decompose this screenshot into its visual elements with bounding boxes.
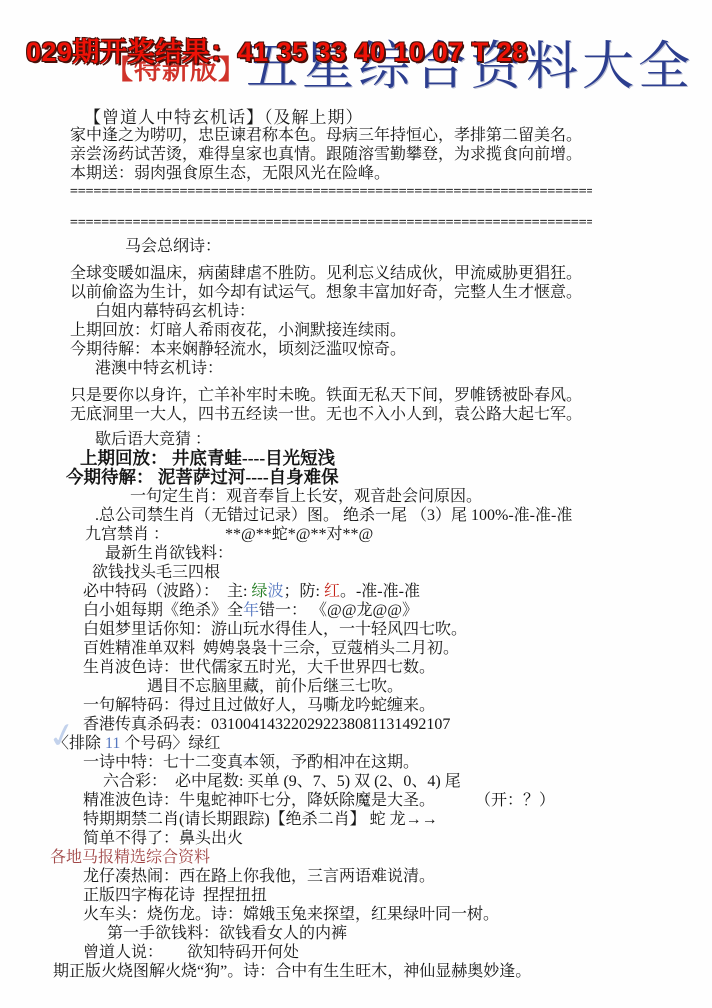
text-segment: 遇目不忘脑里藏，前仆后继三七吹。 <box>147 678 403 695</box>
text-line: 港澳中特玄机诗： <box>0 359 712 378</box>
text-line: 必中特码（波路）： 主: 绿波；防: 红。-准-准-准 <box>0 582 712 601</box>
text-segment: 亲尝汤药试苦烫，难得皇家也真情。跟随溶雪勤攀登，为求揽食向前增。 <box>70 146 582 163</box>
text-line: 无底洞里一大人，四书五经读一世。无也不入小人到，袁公路大起七军。 <box>0 405 712 424</box>
text-segment: 个号码〉绿红 <box>120 735 220 752</box>
text-segment: 龙仔凑热闹：西在路上你我他，三言两语难说清。 <box>83 868 435 885</box>
text-segment: 马会总纲诗： <box>125 238 221 255</box>
text-segment: 九宫禁肖 ： **@**蛇*@**对**@ <box>85 526 373 543</box>
text-segment: 最新生肖欲钱料： <box>105 545 233 562</box>
text-segment: 必中特码（波路）： 主: <box>83 583 251 600</box>
text-segment: 上期回放： 井底青蛙----目光短浅 <box>80 448 335 468</box>
text-line: 一诗中特：七十二变真本领，予酌相冲在这期。 <box>0 753 712 772</box>
text-line: 龙仔凑热闹：西在路上你我他，三言两语难说清。 <box>0 867 712 886</box>
text-segment: 一句定生肖：观音奉旨上长安，观音赴会问原因。 <box>130 488 482 505</box>
text-segment: 百姓精准单双料 娉娉袅袅十三佘，豆蔻梢头二月初。 <box>83 640 459 657</box>
text-line: 上期回放：灯暗人希雨夜花，小涧默接连续雨。 <box>0 321 712 340</box>
body-lines: 家中逢之为唠叨，忠臣谏君称本色。母病三年持恒心，孝排第二留美名。亲尝汤药试苦烫，… <box>0 126 712 981</box>
text-segment: 生肖波色诗：世代儒家五时光，大千世界四七数。 <box>83 659 435 676</box>
subtitle: 【曾道人中特玄机话】（及解上期） <box>84 103 364 128</box>
text-segment: 上期回放：灯暗人希雨夜花，小涧默接连续雨。 <box>70 322 406 339</box>
text-line: 歇后语大竞猜 ： <box>0 430 712 449</box>
text-segment: 无底洞里一大人，四书五经读一世。无也不入小人到，袁公路大起七军。 <box>70 406 582 423</box>
text-line: 欲钱找头毛三四根 <box>0 563 712 582</box>
text-segment: 白姐梦里话你知：游山玩水得佳人，一十轻风四七吹。 <box>83 621 467 638</box>
lottery-info-sheet: 029期开奖结果：41 35 33 40 10 07 T 28 【特新版】 五星… <box>0 0 712 1008</box>
text-segment: 白小姐每期《绝杀》全 <box>83 602 243 619</box>
separator-line: ========================================… <box>0 214 592 231</box>
text-segment: 全球变暖如温床，病菌肆虐不胜防。见利忘义结成伙，甲流威胁更猖狂。 <box>70 265 582 282</box>
text-line: 期正版火烧图解火烧“狗”。诗：合中有生生旺木，神仙显赫奥妙逢。 <box>0 962 712 981</box>
text-segment: 今期待解：本来娴静轻流水，顷刻泛滥叹惊奇。 <box>70 341 406 358</box>
text-segment: 歇后语大竞猜 ： <box>95 431 211 448</box>
text-line: 上期回放： 井底青蛙----目光短浅 <box>0 449 712 468</box>
text-segment: 期正版火烧图解火烧“狗”。诗：合中有生生旺木，神仙显赫奥妙逢。 <box>53 963 531 980</box>
text-segment: 红 <box>324 583 340 600</box>
text-line: 〈排除 11 个号码〉绿红 <box>0 734 712 753</box>
spacer <box>0 200 712 214</box>
text-segment: 各地马报精选综合资料 <box>50 849 210 866</box>
text-segment: 今期待解： 泥菩萨过河----自身难保 <box>66 467 339 487</box>
text-segment: .总公司禁生肖（无错过记录）图。 绝杀一尾 （3）尾 100%-准-准-准 <box>95 507 572 524</box>
text-line: 本期送：弱肉强食原生态，无限风光在险峰。 <box>0 164 712 183</box>
text-segment: 以前偷盗为生计，如今却有试运气。想象丰富加好奇，完整人生才惬意。 <box>70 284 582 301</box>
spacer <box>0 256 712 264</box>
text-segment: 特期期禁二肖(请长期跟踪)【绝杀二肖】 蛇 龙→→ <box>83 811 438 828</box>
text-segment: 简单不得了：鼻头出火 <box>83 830 243 847</box>
text-line: 简单不得了：鼻头出火 <box>0 829 712 848</box>
text-segment: 香港传真杀码表：031004143220292238081131492107 <box>83 716 450 733</box>
text-segment: 错一： 《@@龙@@》 <box>259 602 418 619</box>
text-line: 白姐内幕特码玄机诗： <box>0 302 712 321</box>
text-line: 曾道人说： 欲知特码开何处 <box>0 943 712 962</box>
text-line: 全球变暖如温床，病菌肆虐不胜防。见利忘义结成伙，甲流威胁更猖狂。 <box>0 264 712 283</box>
text-segment: 本期送：弱肉强食原生态，无限风光在险峰。 <box>70 165 390 182</box>
text-segment: 欲钱找头毛三四根 <box>92 564 220 581</box>
text-segment: 年 <box>243 602 259 619</box>
text-segment: 一句解特码：得过且过做好人，马嘶龙吟蛇缠来。 <box>83 697 435 714</box>
text-segment: 精准波色诗：牛鬼蛇神吓七分，降妖除魔是大圣。 （开：？） <box>83 792 555 809</box>
text-line: 火车头：烧伤龙。诗：嫦娥玉兔来探望，红果绿叶同一树。 <box>0 905 712 924</box>
spacer <box>0 378 712 386</box>
text-line: 一句定生肖：观音奉旨上长安，观音赴会问原因。 <box>0 487 712 506</box>
draw-result-line: 029期开奖结果：41 35 33 40 10 07 T 28 <box>26 30 528 69</box>
text-line: 最新生肖欲钱料： <box>0 544 712 563</box>
text-segment: 家中逢之为唠叨，忠臣谏君称本色。母病三年持恒心，孝排第二留美名。 <box>70 127 582 144</box>
text-segment: 第一手欲钱料：欲钱看女人的内裤 <box>107 925 347 942</box>
text-segment: 六合彩： 必中尾数: 买单 (9、7、5) 双 (2、0、4) 尾 <box>103 773 461 790</box>
text-line: 精准波色诗：牛鬼蛇神吓七分，降妖除魔是大圣。 （开：？） <box>0 791 712 810</box>
text-line: 一句解特码：得过且过做好人，马嘶龙吟蛇缠来。 <box>0 696 712 715</box>
text-line: 香港传真杀码表：031004143220292238081131492107 <box>0 715 712 734</box>
text-segment: 波 <box>267 583 283 600</box>
text-line: 第一手欲钱料：欲钱看女人的内裤 <box>0 924 712 943</box>
text-line: 遇目不忘脑里藏，前仆后继三七吹。 <box>0 677 712 696</box>
text-segment: 正版四字梅花诗 捏捏扭扭 <box>83 887 267 904</box>
text-line: 只是要你以身许，亡羊补牢时未晚。铁面无私天下间，罗帷锈被卧春风。 <box>0 386 712 405</box>
text-line: 生肖波色诗：世代儒家五时光，大千世界四七数。 <box>0 658 712 677</box>
text-segment: 港澳中特玄机诗： <box>95 360 223 377</box>
text-segment: ；防: <box>283 583 323 600</box>
text-line: .总公司禁生肖（无错过记录）图。 绝杀一尾 （3）尾 100%-准-准-准 <box>0 506 712 525</box>
text-line: 今期待解： 泥菩萨过河----自身难保 <box>0 468 712 487</box>
text-segment: 火车头：烧伤龙。诗：嫦娥玉兔来探望，红果绿叶同一树。 <box>83 906 499 923</box>
text-line: 马会总纲诗： <box>0 237 712 256</box>
text-line: 正版四字梅花诗 捏捏扭扭 <box>0 886 712 905</box>
text-line: 亲尝汤药试苦烫，难得皇家也真情。跟随溶雪勤攀登，为求揽食向前增。 <box>0 145 712 164</box>
text-segment: 只是要你以身许，亡羊补牢时未晚。铁面无私天下间，罗帷锈被卧春风。 <box>70 387 582 404</box>
text-line: 各地马报精选综合资料 <box>0 848 712 867</box>
text-line: 白小姐每期《绝杀》全年错一： 《@@龙@@》 <box>0 601 712 620</box>
text-line: 百姓精准单双料 娉娉袅袅十三佘，豆蔻梢头二月初。 <box>0 639 712 658</box>
text-line: 家中逢之为唠叨，忠臣谏君称本色。母病三年持恒心，孝排第二留美名。 <box>0 126 712 145</box>
text-line: 特期期禁二肖(请长期跟踪)【绝杀二肖】 蛇 龙→→ <box>0 810 712 829</box>
text-line: 六合彩： 必中尾数: 买单 (9、7、5) 双 (2、0、4) 尾 <box>0 772 712 791</box>
header: 029期开奖结果：41 35 33 40 10 07 T 28 【特新版】 五星… <box>0 0 712 126</box>
text-segment: 。-准-准-准 <box>340 583 420 600</box>
text-segment: 绿 <box>251 583 267 600</box>
text-line: 九宫禁肖 ： **@**蛇*@**对**@ <box>0 525 712 544</box>
text-segment: 11 <box>105 735 120 752</box>
text-line: 以前偷盗为生计，如今却有试运气。想象丰富加好奇，完整人生才惬意。 <box>0 283 712 302</box>
text-line: 今期待解：本来娴静轻流水，顷刻泛滥叹惊奇。 <box>0 340 712 359</box>
separator-line: ========================================… <box>0 183 592 200</box>
text-line: 白姐梦里话你知：游山玩水得佳人，一十轻风四七吹。 <box>0 620 712 639</box>
text-segment: 曾道人说： 欲知特码开何处 <box>83 944 299 961</box>
text-segment: 白姐内幕特码玄机诗： <box>95 303 255 320</box>
